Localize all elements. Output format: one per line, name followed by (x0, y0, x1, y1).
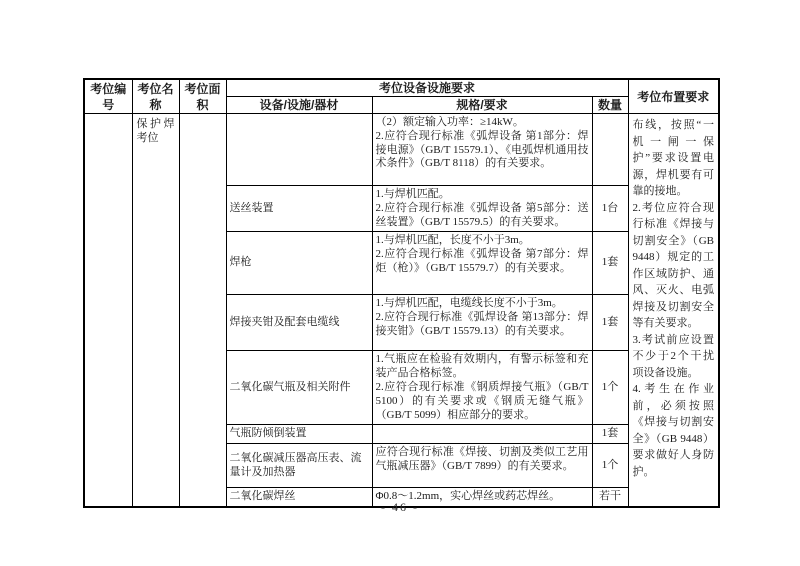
table-row: 保护焊考位 （2）额定输入功率：≥14kW。 2.应符合现行标准《弧焊设备 第1… (84, 114, 719, 186)
cell-quantity: 1台 (592, 186, 628, 232)
header-spec: 规格/要求 (372, 97, 592, 114)
cell-quantity: 1套 (592, 232, 628, 295)
header-exam-name: 考位名称 (132, 79, 179, 114)
document-page: 考位编号 考位名称 考位面积 考位设备设施要求 考位布置要求 设备/设施/器材 … (0, 0, 800, 566)
header-layout: 考位布置要求 (628, 79, 719, 114)
cell-exam-no (84, 114, 132, 507)
cell-quantity (592, 114, 628, 186)
cell-quantity: 1个 (592, 351, 628, 425)
cell-quantity: 1个 (592, 444, 628, 488)
cell-spec: 1.与焊机匹配。 2.应符合现行标准《弧焊设备 第5部分：送丝装置》（GB/T … (372, 186, 592, 232)
page-number: - 46 - (0, 500, 800, 515)
cell-device: 焊接夹钳及配套电缆线 (226, 295, 372, 351)
exam-station-requirements-table: 考位编号 考位名称 考位面积 考位设备设施要求 考位布置要求 设备/设施/器材 … (83, 78, 720, 508)
cell-spec: 1.与焊机匹配，电缆线长度不小于3m。 2.应符合现行标准《弧焊设备 第13部分… (372, 295, 592, 351)
header-exam-no: 考位编号 (84, 79, 132, 114)
cell-device: 二氧化碳减压器高压表、流量计及加热器 (226, 444, 372, 488)
cell-spec (372, 425, 592, 444)
cell-quantity: 1套 (592, 425, 628, 444)
cell-device: 焊枪 (226, 232, 372, 295)
cell-exam-name: 保护焊考位 (132, 114, 179, 507)
cell-spec: （2）额定输入功率：≥14kW。 2.应符合现行标准《弧焊设备 第1部分：焊接电… (372, 114, 592, 186)
cell-spec: 应符合现行标准《焊接、切割及类似工艺用气瓶减压器》（GB/T 7899）的有关要… (372, 444, 592, 488)
cell-quantity: 1套 (592, 295, 628, 351)
header-exam-area: 考位面积 (179, 79, 226, 114)
header-row-1: 考位编号 考位名称 考位面积 考位设备设施要求 考位布置要求 (84, 79, 719, 97)
cell-device: 气瓶防倾倒装置 (226, 425, 372, 444)
cell-device (226, 114, 372, 186)
cell-spec: 1.与焊机匹配，长度不小于3m。 2.应符合现行标准《弧焊设备 第7部分：焊炬（… (372, 232, 592, 295)
cell-spec: 1.气瓶应在检验有效期内，有警示标签和充装产品合格标签。 2.应符合现行标准《钢… (372, 351, 592, 425)
header-equipment-group: 考位设备设施要求 (226, 79, 628, 97)
cell-layout-requirements: 布线，按照“一机一闸一保护”要求设置电源，焊机要有可靠的接地。 2.考位应符合现… (628, 114, 719, 507)
cell-device: 二氧化碳气瓶及相关附件 (226, 351, 372, 425)
cell-device: 送丝装置 (226, 186, 372, 232)
cell-exam-area (179, 114, 226, 507)
header-quantity: 数量 (592, 97, 628, 114)
header-device: 设备/设施/器材 (226, 97, 372, 114)
